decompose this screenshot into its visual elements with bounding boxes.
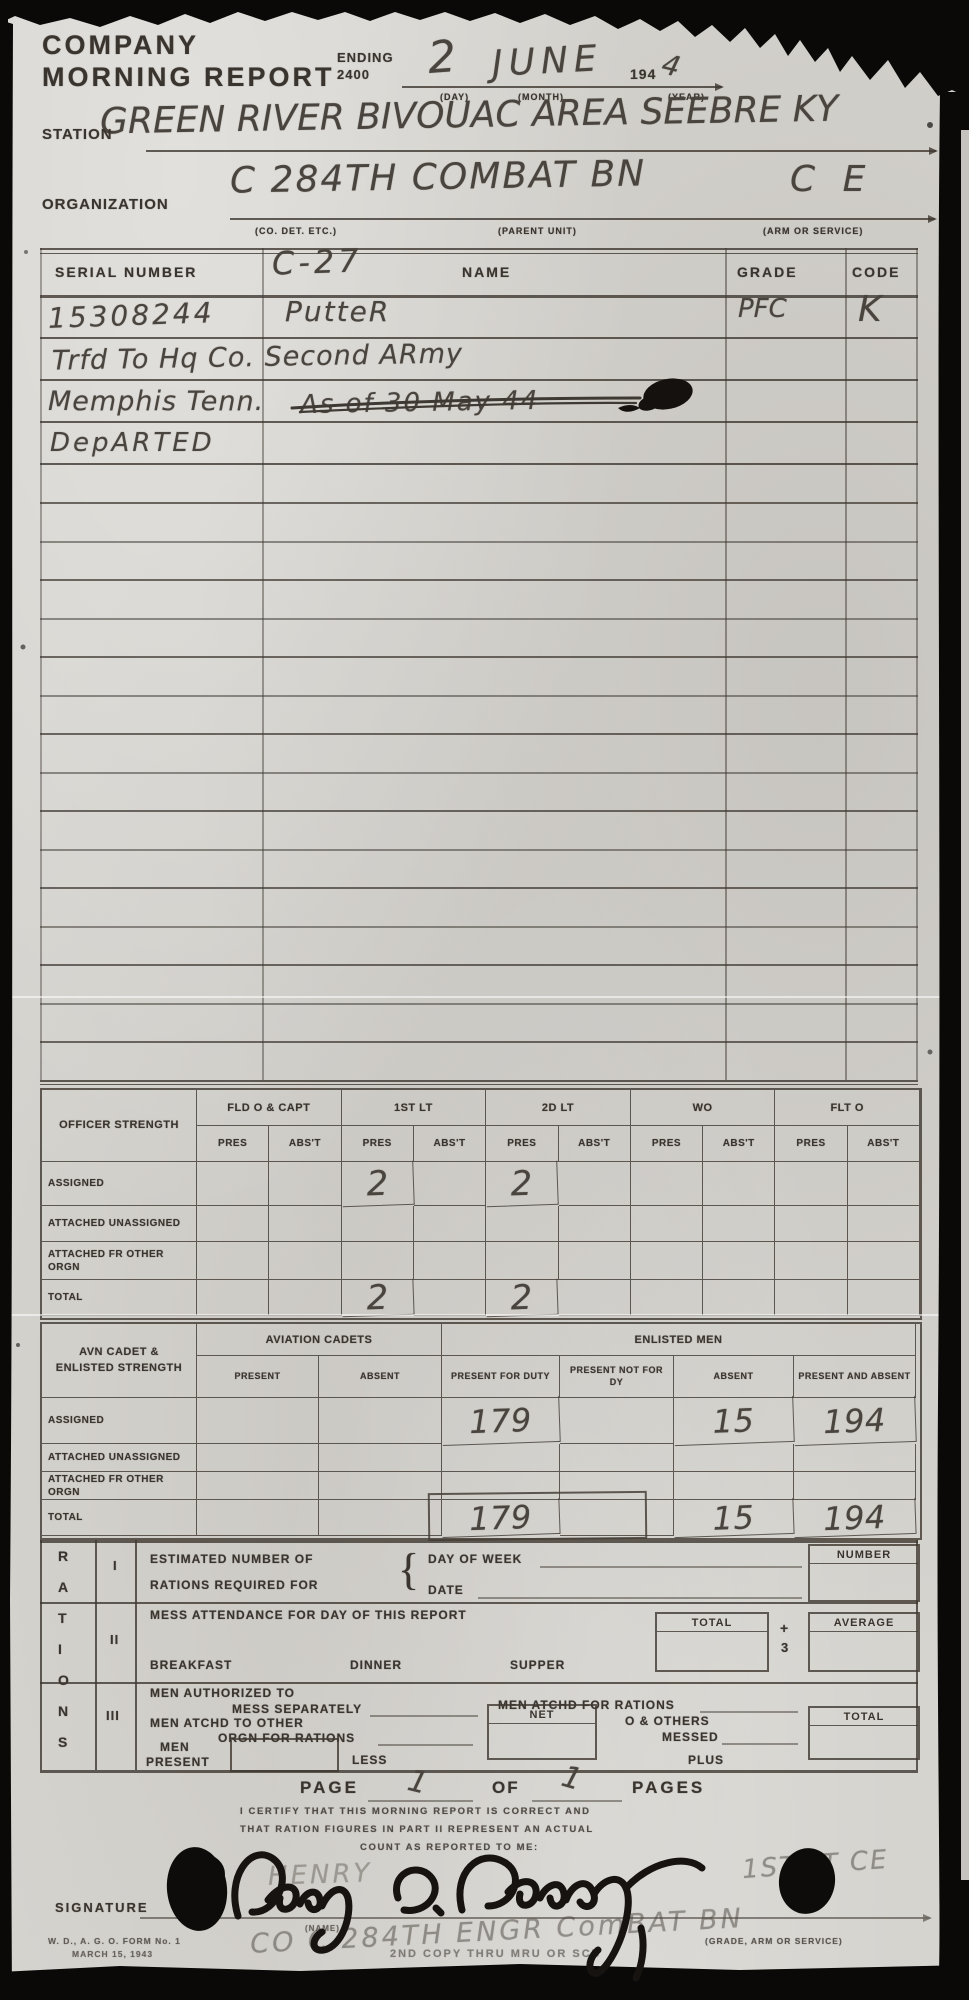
officer-sub-1-1: ABS'T <box>414 1126 486 1162</box>
officer-strength-table: OFFICER STRENGTHFLD O & CAPT1ST LT2D LTW… <box>40 1088 922 1320</box>
date-label: DATE <box>428 1583 464 1597</box>
serial-written-header: C-27 <box>271 244 363 279</box>
officer-sub-1-0: PRES <box>342 1126 414 1162</box>
enlisted-cell-1-1 <box>319 1444 442 1472</box>
officer-cell-3-1 <box>269 1280 341 1316</box>
enlisted-cell-1-4 <box>674 1444 794 1472</box>
date-line <box>478 1597 802 1599</box>
officer-cell-1-0 <box>197 1206 269 1242</box>
remark-line1: Trfd To Hq Co. Second ARmy <box>52 340 463 374</box>
officer-sub-3-1: ABS'T <box>703 1126 775 1162</box>
mess-total-box-label: TOTAL <box>657 1614 767 1632</box>
certify-line-2: THAT RATION FIGURES IN PART II REPRESENT… <box>240 1824 594 1835</box>
remark-line2: Memphis Tenn. <box>48 388 264 415</box>
enlisted-cell-3-1 <box>319 1500 442 1536</box>
rations-letter-O: O <box>58 1672 70 1688</box>
officer-row-label-2: ATTACHED FR OTHER ORGN <box>42 1242 197 1280</box>
officer-cell-3-2: 2 <box>341 1279 415 1318</box>
officer-cell-1-5 <box>559 1206 631 1242</box>
roster-col-code-divider <box>845 248 847 1080</box>
less-label: LESS <box>352 1753 387 1767</box>
ruled-line <box>40 656 918 658</box>
officer-cell-1-1 <box>269 1206 341 1242</box>
ruled-line <box>40 926 918 928</box>
organization-handwritten: C 284TH COMBAT BN <box>230 156 647 199</box>
pencil-box-total <box>428 1491 647 1541</box>
officer-cell-3-8 <box>775 1280 847 1316</box>
officer-cell-2-6 <box>631 1242 703 1280</box>
number-box-label: NUMBER <box>810 1546 918 1564</box>
enlisted-sub-1-0: PRESENT FOR DUTY <box>442 1356 560 1398</box>
officer-cell-1-6 <box>631 1206 703 1242</box>
estimated-label-1: ESTIMATED NUMBER OF <box>150 1552 313 1566</box>
officer-cell-2-8 <box>775 1242 847 1280</box>
officer-sub-4-1: ABS'T <box>848 1126 920 1162</box>
grade-header: GRADE <box>737 264 798 280</box>
enlisted-row-label-0: ASSIGNED <box>42 1398 197 1444</box>
average-box-label: AVERAGE <box>810 1614 918 1632</box>
enlisted-cell-1-5 <box>794 1444 916 1472</box>
entry-grade: PFC <box>738 296 787 322</box>
officer-sub-2-1: ABS'T <box>559 1126 631 1162</box>
net-box-label: NET <box>489 1706 595 1724</box>
ending-time: 2400 <box>337 67 370 82</box>
rations-numeral-1: I <box>113 1558 118 1573</box>
scanned-morning-report: COMPANY MORNING REPORT ENDING 2400 2 JUN… <box>0 0 969 2000</box>
present-label: PRESENT <box>146 1755 210 1769</box>
remark-line3: DepARTED <box>50 430 215 456</box>
men-label: MEN <box>160 1740 190 1754</box>
ruled-line <box>40 695 918 697</box>
enlisted-cell-1-3 <box>560 1444 674 1472</box>
officer-cell-0-1 <box>269 1162 341 1206</box>
officer-row-label-0: ASSIGNED <box>42 1162 197 1206</box>
divide-sign: + <box>780 1620 789 1636</box>
certify-line-1: I CERTIFY THAT THIS MORNING REPORT IS CO… <box>240 1806 591 1817</box>
year-printed: 194 <box>630 66 656 82</box>
rations-letter-N: N <box>58 1703 69 1719</box>
enlisted-cell-0-4: 15 <box>673 1396 795 1446</box>
pages-label: PAGES <box>632 1778 705 1798</box>
officer-row-label-3: TOTAL <box>42 1280 197 1316</box>
rations-letter-divider <box>95 1540 97 1770</box>
roster-col-serial-divider <box>262 248 264 1080</box>
officer-cell-2-5 <box>559 1242 631 1280</box>
officer-cell-1-4 <box>486 1206 558 1242</box>
officer-sub-0-1: ABS'T <box>269 1126 341 1162</box>
form-title-line2: MORNING REPORT <box>42 62 335 93</box>
rations-letter-I: I <box>58 1641 63 1657</box>
roster-col-grade-divider <box>725 248 727 1080</box>
station-line <box>146 150 936 152</box>
officer-cell-3-3 <box>414 1280 486 1316</box>
officer-cell-1-3 <box>414 1206 486 1242</box>
officer-cell-3-4: 2 <box>486 1279 560 1318</box>
enlisted-sub-1-3: PRESENT AND ABSENT <box>794 1356 916 1398</box>
brace-glyph: { <box>398 1544 420 1595</box>
officer-cell-3-9 <box>848 1280 920 1316</box>
men-authorized-label: MEN AUTHORIZED TO <box>150 1686 295 1700</box>
rations-letter-R: R <box>58 1548 69 1564</box>
mess-separately-label: MESS SEPARATELY <box>232 1702 362 1716</box>
net-box: NET <box>487 1704 597 1760</box>
table-bottom-line <box>40 1080 918 1082</box>
rations-row1-bottom <box>40 1602 918 1604</box>
officer-cell-3-6 <box>631 1280 703 1316</box>
rations-letter-A: A <box>58 1579 69 1595</box>
officer-cell-1-2 <box>342 1206 414 1242</box>
code-header: CODE <box>852 264 900 280</box>
officer-sub-4-0: PRES <box>775 1126 847 1162</box>
organization-label: ORGANIZATION <box>42 196 169 213</box>
mess-separately-line <box>370 1715 478 1717</box>
date-line <box>402 86 722 88</box>
enlisted-cell-0-5: 194 <box>793 1396 917 1446</box>
officer-group-0: FLD O & CAPT <box>197 1090 342 1126</box>
officer-cell-0-9 <box>848 1162 920 1206</box>
enlisted-sub-1-2: ABSENT <box>674 1356 794 1398</box>
rations-bottom-line <box>40 1770 918 1773</box>
enlisted-cell-3-0 <box>197 1500 319 1536</box>
average-box: AVERAGE <box>808 1612 920 1672</box>
form-title-line1: COMPANY <box>42 30 199 61</box>
enlisted-cell-0-1 <box>319 1398 442 1444</box>
enlisted-row-label-2: ATTACHED FR OTHER ORGN <box>42 1472 197 1500</box>
grade-sub-label: (GRADE, ARM OR SERVICE) <box>705 1936 843 1946</box>
men-present-box <box>230 1738 339 1772</box>
ruled-line <box>40 579 918 581</box>
officer-group-1: 1ST LT <box>342 1090 487 1126</box>
pages-line <box>532 1800 622 1802</box>
enlisted-cell-2-1 <box>319 1472 442 1500</box>
signature-name-pencil: HENRY <box>268 1860 373 1890</box>
table-top-line <box>40 248 918 250</box>
rations-numeral-3: III <box>106 1708 120 1723</box>
row-line-4 <box>40 463 918 465</box>
ruled-line <box>40 618 918 620</box>
others-messed-line <box>722 1743 798 1745</box>
officer-cell-1-9 <box>848 1206 920 1242</box>
org-sub-label-arm: (ARM OR SERVICE) <box>763 226 863 236</box>
enlisted-row-label-1: ATTACHED UNASSIGNED <box>42 1444 197 1472</box>
officer-cell-0-4: 2 <box>485 1161 559 1207</box>
officer-cell-0-5 <box>559 1162 631 1206</box>
ending-label: ENDING <box>337 50 394 65</box>
officer-corner-label: OFFICER STRENGTH <box>42 1090 197 1162</box>
of-label: OF <box>492 1778 520 1798</box>
officer-cell-0-7 <box>703 1162 775 1206</box>
roster-col-right-border <box>916 248 918 1080</box>
enlisted-cell-2-4 <box>674 1472 794 1500</box>
officer-row-label-1: ATTACHED UNASSIGNED <box>42 1206 197 1242</box>
breakfast-label: BREAKFAST <box>150 1658 232 1672</box>
officer-sub-3-0: PRES <box>631 1126 703 1162</box>
day-of-week-line <box>540 1566 802 1568</box>
enlisted-sub-0-1: ABSENT <box>319 1356 442 1398</box>
entry-code: K <box>858 292 882 328</box>
name-header: NAME <box>462 264 511 280</box>
ruled-line <box>40 887 918 889</box>
mess-total-box: TOTAL <box>655 1612 769 1672</box>
others-label2: MESSED <box>662 1730 719 1744</box>
officer-cell-2-0 <box>197 1242 269 1280</box>
officer-cell-3-5 <box>559 1280 631 1316</box>
ruled-line <box>40 502 918 504</box>
estimated-label-2: RATIONS REQUIRED FOR <box>150 1578 318 1592</box>
officer-cell-2-4 <box>486 1242 558 1280</box>
officer-cell-1-7 <box>703 1206 775 1242</box>
page-label: PAGE <box>300 1778 359 1798</box>
org-sub-label-parent: (PARENT UNIT) <box>498 226 577 236</box>
rations-numeral-divider <box>135 1540 137 1770</box>
officer-group-4: FLT O <box>775 1090 920 1126</box>
enlisted-cell-1-2 <box>442 1444 560 1472</box>
enlisted-group-aviation: AVIATION CADETS <box>197 1324 442 1356</box>
atchd-other-label1: MEN ATCHD TO OTHER <box>150 1716 304 1730</box>
officer-cell-1-8 <box>775 1206 847 1242</box>
organization-line <box>230 218 935 220</box>
enlisted-cell-2-5 <box>794 1472 916 1500</box>
officer-cell-2-1 <box>269 1242 341 1280</box>
rations-numeral-2: II <box>110 1632 119 1647</box>
table-top-line2 <box>40 253 918 254</box>
organization-arm-handwritten: C E <box>790 162 873 198</box>
org-sub-label-co: (CO. DET. ETC.) <box>255 226 337 236</box>
rations-row2-bottom <box>40 1682 918 1684</box>
ration-total-box-label: TOTAL <box>810 1708 918 1726</box>
enlisted-sub-1-1: PRESENT NOT FOR DY <box>560 1356 674 1398</box>
ruled-line <box>40 1003 918 1005</box>
officer-cell-0-2: 2 <box>341 1161 415 1207</box>
row-line-2 <box>40 379 918 381</box>
certify-line-3: COUNT AS REPORTED TO ME: <box>360 1842 539 1853</box>
station-label: STATION <box>42 126 113 143</box>
ruled-line <box>40 1041 918 1043</box>
others-label1: O & OTHERS <box>625 1714 710 1728</box>
table-bottom-line2 <box>40 1084 918 1085</box>
ruled-line <box>40 733 918 735</box>
rations-top-line <box>40 1540 918 1543</box>
enlisted-group-enlisted: ENLISTED MEN <box>442 1324 916 1356</box>
enlisted-cell-3-5: 194 <box>793 1498 916 1538</box>
date-month-handwritten: JUNE <box>491 41 603 83</box>
date-day-handwritten: 2 <box>426 35 457 81</box>
roster-col-left-border <box>40 248 42 1080</box>
entry-serial: 15308244 <box>48 299 215 333</box>
remark-line2-struck: As of 30 May 44 <box>300 388 540 418</box>
enlisted-cell-0-2: 179 <box>441 1396 561 1446</box>
day-of-week-label: DAY OF WEEK <box>428 1552 522 1566</box>
rations-left-border <box>40 1540 42 1770</box>
dinner-label: DINNER <box>350 1658 402 1672</box>
row-line-1 <box>40 337 918 339</box>
officer-cell-0-8 <box>775 1162 847 1206</box>
form-number-line1: W. D., A. G. O. FORM No. 1 <box>48 1936 181 1946</box>
ruled-line <box>40 849 918 851</box>
form-number-line2: MARCH 15, 1943 <box>72 1949 153 1959</box>
officer-group-2: 2D LT <box>486 1090 631 1126</box>
officer-cell-0-3 <box>414 1162 486 1206</box>
officer-group-3: WO <box>631 1090 776 1126</box>
ruled-line <box>40 810 918 812</box>
officer-sub-2-0: PRES <box>486 1126 558 1162</box>
atchd-other-line <box>378 1744 473 1746</box>
enlisted-cell-1-0 <box>197 1444 319 1472</box>
row-line-3 <box>40 421 918 423</box>
enlisted-sub-0-0: PRESENT <box>197 1356 319 1398</box>
atchd-for-rations-line <box>700 1711 798 1713</box>
plus-label: PLUS <box>688 1753 724 1767</box>
officer-cell-3-0 <box>197 1280 269 1316</box>
rations-letter-T: T <box>58 1610 68 1626</box>
ration-total-box: TOTAL <box>808 1706 920 1760</box>
enlisted-row-label-3: TOTAL <box>42 1500 197 1536</box>
ruled-line <box>40 772 918 774</box>
enlisted-cell-3-4: 15 <box>673 1498 794 1538</box>
enlisted-cell-0-0 <box>197 1398 319 1444</box>
officer-cell-2-2 <box>342 1242 414 1280</box>
number-box: NUMBER <box>808 1544 920 1602</box>
enlisted-corner-label: AVN CADET & ENLISTED STRENGTH <box>42 1324 197 1398</box>
right-edge-sliver <box>961 130 969 1880</box>
supper-label: SUPPER <box>510 1658 565 1672</box>
officer-cell-0-6 <box>631 1162 703 1206</box>
ruled-line <box>40 964 918 966</box>
officer-cell-2-7 <box>703 1242 775 1280</box>
officer-cell-2-9 <box>848 1242 920 1280</box>
enlisted-cell-2-0 <box>197 1472 319 1500</box>
officer-sub-0-0: PRES <box>197 1126 269 1162</box>
officer-cell-3-7 <box>703 1280 775 1316</box>
entry-name: PutteR <box>285 298 390 326</box>
divide-by: 3 <box>781 1640 789 1655</box>
officer-cell-2-3 <box>414 1242 486 1280</box>
enlisted-cell-0-3 <box>560 1398 674 1444</box>
mess-attendance-label: MESS ATTENDANCE FOR DAY OF THIS REPORT <box>150 1608 467 1622</box>
officer-cell-0-0 <box>197 1162 269 1206</box>
signature-label: SIGNATURE <box>55 1900 149 1915</box>
ruled-line <box>40 541 918 543</box>
copy-note: 2ND COPY THRU MRU OR SCU <box>390 1948 602 1960</box>
serial-number-header: SERIAL NUMBER <box>55 264 197 280</box>
rations-letter-S: S <box>58 1734 68 1750</box>
